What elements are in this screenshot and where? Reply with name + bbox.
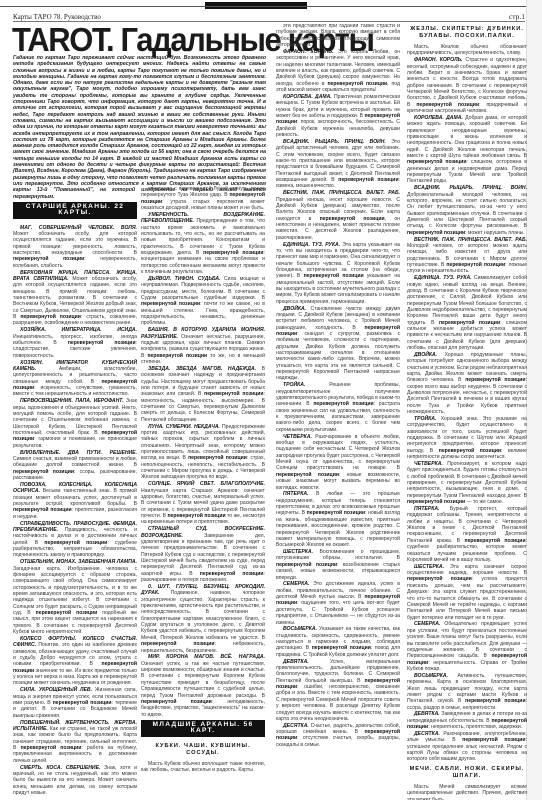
- reversed-position-label: перевернутой позиции: [188, 455, 247, 461]
- card-entry: Королева. Дама. Практичная романтическая…: [276, 94, 400, 138]
- reversed-position-label: перевернутой позиции: [327, 81, 387, 87]
- card-entry: Фараон. Король. Страстен и одухотворен, …: [407, 57, 527, 114]
- card-entry: Пятерка. В любви — это прошлые недоразум…: [276, 491, 400, 548]
- reversed-position-label: перевернутой позиции: [338, 177, 398, 183]
- column-3: эти представляют при гадании также страс…: [276, 23, 400, 749]
- intro-paragraph: Гадание по картам Таро переживает сейчас…: [13, 55, 266, 200]
- reversed-meaning: : может нарушить планы.: [465, 230, 525, 236]
- card-name: Восьмерка.: [414, 673, 448, 679]
- card-meaning: Символ счастья, взаимной привязанности и…: [13, 456, 137, 468]
- card-entry: Единица. Туз. Рука. Символизирует собой …: [407, 275, 527, 351]
- card-name: Всадник. Рыцарь. Принц. Воин.: [414, 185, 527, 191]
- card-entry: Хозяйка. Императрица. Исида. Инициативно…: [13, 327, 137, 359]
- card-entry: эти представляют при гадании также страс…: [276, 23, 400, 48]
- card-meaning: эти представляют при гадании также страс…: [276, 23, 400, 48]
- card-entry: Десятка. Счастье, радость, довольство со…: [276, 723, 400, 748]
- reversed-meaning: : новый взгляд на жизнь, обнадеживающие …: [276, 510, 400, 548]
- section-header-minor-arcana: МЛАДШИЕ АРКАНЫ. 56 КАРТ.: [141, 720, 265, 737]
- card-meaning: Символизирует собой новую идею, новый вз…: [407, 275, 527, 325]
- card-entry: Хозяин. Император. Кубический камень. Ам…: [13, 360, 137, 398]
- card-meaning: Страстен и одухотворен, веселый, остроум…: [407, 57, 527, 107]
- card-entry: Смерть. Коса. Свершение. Знак, хотя и мр…: [13, 765, 137, 797]
- reversed-position-label: перевернутой позиции: [320, 216, 385, 222]
- card-list-major-2: сочетание с перевернутой Луной утонуть, …: [141, 186, 265, 718]
- card-entry: Влюбленные. Два пути. Решение. Символ сч…: [13, 450, 137, 482]
- card-entry: Башня, в которую ударила молния. Разруше…: [141, 327, 265, 365]
- card-entry: Тройка. Решение проблемы, неудовлетворит…: [276, 382, 400, 433]
- reversed-position-label: перевернутой позиции: [407, 499, 465, 505]
- card-list-cups: эти представляют при гадании также страс…: [276, 23, 400, 748]
- card-entry: Вестник. Паж. Принцесса. Валет. Раб. Мол…: [407, 237, 527, 275]
- card-name: Десятка.: [283, 723, 309, 729]
- card-name: Единица. Туз. Рука.: [283, 242, 340, 248]
- page-number: стр.1: [509, 12, 525, 21]
- card-meaning: Добрая дама, от которой можно ждать помо…: [407, 115, 527, 159]
- reversed-position-label: перевернутой позиции: [204, 391, 263, 397]
- scan-edge-line: [0, 6, 542, 7]
- card-entry: Вестник. Паж. Принцесса. Валет. Раб. Пре…: [276, 190, 400, 241]
- reversed-position-label: перевернутой позиции: [276, 472, 339, 478]
- section-header-major-arcana: СТАРШИЕ АРКАНЫ. 22 КАРТЫ.: [13, 202, 137, 219]
- card-name: Шестерка.: [414, 564, 444, 570]
- reversed-position-label: перевернутой позиции: [312, 645, 371, 651]
- card-entry: Семерка. Обещательно предвещает успех пр…: [407, 621, 527, 672]
- reversed-meaning: : ошибки, несовершенство, смешение добра…: [276, 684, 400, 722]
- card-name: Пятерка.: [414, 506, 440, 512]
- card-name: Тройка.: [283, 382, 305, 388]
- card-name: Семерка.: [283, 581, 309, 587]
- reversed-position-label: перевернутой позиции: [203, 250, 263, 256]
- card-entry: Сила. Укрощенный лев. Жизненная сила, мо…: [13, 687, 137, 719]
- card-name: Маг. Совершенный человек. Воля.: [20, 225, 137, 231]
- reversed-position-label: перевернутой позиции: [36, 610, 98, 616]
- reversed-position-label: перевернутой позиции: [44, 540, 107, 546]
- reversed-position-label: перевернутой позиции: [141, 641, 215, 647]
- card-entry: Повешенный. Жертвенность. Жертва. Испыта…: [13, 720, 137, 764]
- reversed-position-label: перевернутой позиции: [141, 301, 200, 307]
- reversed-position-label: перевернутой позиции: [465, 538, 526, 544]
- card-name: Мир. Корона магов. Всё. Награда.: [148, 654, 265, 660]
- card-entry: Королева. Дама. Добрая дама, от которой …: [407, 115, 527, 185]
- card-entry: Маг. Совершенный человек. Воля. Может об…: [13, 225, 137, 269]
- card-entry: Единица. Туз. Рука. Эта карта указывает …: [276, 242, 400, 305]
- card-entry: Шестерка. Эта карта означает скорое осущ…: [407, 564, 527, 621]
- card-name: Хозяйка. Императрица. Исида.: [20, 327, 137, 333]
- reversed-position-label: перевернутой позиции: [416, 102, 479, 108]
- reversed-position-label: перевернутой позиции: [407, 159, 467, 165]
- suit-header-swords: МЕЧИ. САБЛИ. НОЖИ. СЕКИРЫ. ШПАГИ.: [407, 766, 527, 780]
- card-name: Вестник. Паж. Принцесса. Валет. Раб.: [283, 190, 400, 196]
- card-entry: Повозка. Колесница. Колесница Осириса. В…: [13, 482, 137, 520]
- card-name: Четверка.: [414, 461, 443, 467]
- reversed-position-label: перевернутой позиции: [21, 745, 82, 751]
- card-entry: 0. Шут. Глупец. Безумец. Крокодил. Дурак…: [141, 584, 265, 654]
- card-meaning: Доброжелательный молодой человек, на кот…: [407, 192, 527, 230]
- reversed-position-label: перевернутой позиции: [462, 737, 525, 743]
- card-name: Звезда. Звезда магов. Надежда.: [148, 366, 256, 372]
- card-list-major-1: Маг. Совершенный человек. Воля. Может об…: [13, 225, 137, 797]
- card-entry: сочетание с перевернутой Луной утонуть, …: [141, 186, 265, 211]
- card-name: Четверка.: [283, 434, 312, 440]
- scan-right-margin: [526, 0, 542, 800]
- reversed-position-label: перевернутой позиции: [304, 273, 364, 279]
- card-entry: Солнце. Яркий свет. Благополучие. Наилуч…: [141, 481, 265, 525]
- reversed-position-label: перевернутой позиции: [68, 340, 136, 346]
- card-name: Первосвященник. Папа. Иерофант.: [20, 398, 124, 404]
- reversed-position-label: перевернутой позиции: [313, 401, 373, 407]
- reversed-position-label: перевернутой позиции: [439, 320, 500, 326]
- swords-intro: Масть Мечей символизирует всякие целенап…: [407, 784, 527, 800]
- reversed-position-label: перевернутой позиции: [439, 448, 501, 454]
- card-meaning: Прогнозирует, в котором надо будет присо…: [407, 461, 527, 499]
- card-entry: Дьявол. Тифон. Судьба. Сила мощная и неу…: [141, 276, 265, 327]
- card-name: Семерка.: [414, 621, 440, 627]
- card-entry: Умеренность. Воздержание. Перевоплощение…: [141, 212, 265, 275]
- card-entry: Тройка. Хороший знак. Это указание на со…: [407, 416, 527, 460]
- reversed-position-label: перевернутой позиции: [200, 571, 264, 577]
- card-entry: Девятка. Замедление в делах и потери из-…: [407, 711, 527, 730]
- card-name: Сила. Укрощенный лев.: [20, 687, 92, 693]
- cups-intro: Масть Кубков обычно воплощает такие поня…: [141, 761, 265, 774]
- reversed-position-label: перевернутой позиции: [407, 230, 465, 236]
- card-name: Смерть. Коса. Свершение.: [20, 765, 100, 771]
- card-entry: Верховная жрица. Папесса. Жрица. Врата с…: [13, 270, 137, 327]
- card-entry: Семерка. Это достижение идеала, успех в …: [276, 581, 400, 625]
- card-name: Фараон. Король.: [414, 57, 463, 63]
- card-entry: Двойка. Хорошо продуманные планы, которы…: [407, 352, 527, 415]
- column-2: сочетание с перевернутой Луной утонуть, …: [141, 186, 265, 774]
- card-entry: Первосвященник. Папа. Иерофант. Знак вер…: [13, 398, 137, 449]
- card-meaning: Означает успех, а так же частые путешест…: [141, 661, 265, 699]
- card-entry: Фараон. Король. Это Король Любви, он экс…: [276, 49, 400, 93]
- card-entry: Четверка. Прогнозирует, в котором надо б…: [407, 461, 527, 505]
- card-name: Вестник. Паж. Принцесса. Валет. Раб.: [414, 237, 527, 243]
- card-name: Двойка.: [283, 306, 306, 312]
- card-name: Девятка.: [414, 711, 440, 717]
- reversed-meaning: — то же самое.: [465, 499, 503, 505]
- card-entry: Восьмерка. Указывает на такие качества, …: [276, 626, 400, 658]
- reversed-position-label: перевернутой позиции: [13, 256, 84, 262]
- reversed-position-label: перевернутой позиции: [465, 698, 525, 704]
- card-entry: Четверка. Разочарование в объекте любви,…: [276, 434, 400, 491]
- card-entry: Луна. Сумерки. Некдача. Предостережение …: [141, 424, 265, 481]
- card-name: Девятка.: [283, 659, 309, 665]
- reversed-position-label: перевернутой позиции: [13, 507, 72, 513]
- card-entry: Пятерка. Бурный протест, который поддерж…: [407, 506, 527, 563]
- card-name: Луна. Сумерки. Некдача.: [148, 424, 220, 430]
- card-entry: Восьмерка. Активность, путешествия, пере…: [407, 673, 527, 711]
- reversed-position-label: перевернутой позиции: [446, 262, 505, 268]
- card-entry: Всадник. Рыцарь. Принц. Воин. Доброжелат…: [407, 185, 527, 236]
- card-entry: Десятка. Разочарование, злоупотребление,…: [407, 731, 527, 763]
- card-name: Тройка.: [414, 416, 436, 422]
- card-entry: Девятка. Успех, материальная привлекател…: [276, 659, 400, 722]
- reversed-meaning: : успеха придется поискать дольше, чем в…: [407, 576, 527, 620]
- reversed-position-label: перевернутой позиции: [407, 576, 472, 582]
- card-name: Пятерка.: [283, 491, 309, 497]
- card-entry: Мир. Корона магов. Всё. Награда. Означае…: [141, 654, 265, 717]
- column-4: ЖЕЗЛЫ. СКИПЕТРЫ: ДУБИНКИ. БУЛАВЫ. ПОСОХИ…: [407, 23, 527, 800]
- reversed-position-label: перевернутой позиции: [13, 469, 74, 475]
- card-meaning: Разочарование в объекте любви, вообще в …: [276, 434, 400, 472]
- card-entry: Страшный суд. Воскресение. Возрождение. …: [141, 526, 265, 583]
- reversed-position-label: перевернутой позиции: [276, 562, 337, 568]
- card-entry: Всадник. Рыцарь. Принц. Воин. Это добрый…: [276, 139, 400, 190]
- reversed-meaning: : неприятность, препятствия, задержки.: [428, 724, 522, 730]
- card-list-wands: Фараон. Король. Страстен и одухотворен, …: [407, 57, 527, 763]
- card-entry: Отшельник. Монах. Завешенная лампа. Зага…: [13, 559, 137, 635]
- reversed-position-label: перевернутой позиции: [307, 510, 365, 516]
- card-name: Единица. Туз. Рука.: [414, 275, 472, 281]
- reversed-position-label: перевернутой позиции: [20, 314, 81, 320]
- card-meaning: Подвижное, наивное, чопорное эгоцентричн…: [141, 590, 265, 640]
- reversed-meaning: : скорее всего ваш выбор неудачен. В соч…: [407, 377, 527, 415]
- card-entry: Колесо Фортуны. Колесо счастья. Сфинкс. …: [13, 636, 137, 687]
- column-1: СТАРШИЕ АРКАНЫ. 22 КАРТЫ. Маг. Совершенн…: [13, 200, 137, 797]
- card-name: Отшельник. Монах. Завешенная лампа.: [20, 559, 137, 565]
- card-entry: Шестерка. Воспоминания о прошедшем, поту…: [276, 549, 400, 581]
- reversed-position-label: перевернутой позиции: [141, 699, 212, 705]
- card-name: Влюбленные. Два пути. Решение.: [20, 450, 137, 456]
- card-meaning: Загадочная карта. Изображение человека с…: [13, 566, 137, 616]
- card-name: Шестерка.: [283, 549, 313, 555]
- wands-intro: Масть Жезлов обычно обозначает предприим…: [407, 44, 527, 57]
- suit-header-wands: ЖЕЗЛЫ. СКИПЕТРЫ: ДУБИНКИ. БУЛАВЫ. ПОСОХИ…: [407, 26, 527, 40]
- card-name: Солнце. Яркий свет. Благополучие.: [148, 481, 265, 487]
- card-entry: Двойка. Становление чувств между двумя л…: [276, 306, 400, 382]
- reversed-position-label: перевернутой позиции: [147, 353, 207, 359]
- card-name: Дьявол. Тифон. Судьба.: [148, 276, 220, 282]
- reversed-position-label: перевернутой позиции: [465, 377, 525, 383]
- card-entry: Справедливость. Правосудие. Фемида. Прео…: [13, 521, 137, 559]
- card-meaning: Может обозначать особу, для которой осущ…: [13, 231, 137, 256]
- reversed-position-label: перевернутой позиции: [167, 513, 225, 519]
- reversed-meaning: : скандал с супругом, размолвка с любимы…: [276, 331, 400, 381]
- card-name: Двойка.: [414, 352, 437, 358]
- card-entry: Звезда. Звезда магов. Надежда. В основно…: [141, 366, 265, 423]
- suit-header-cups: КУБКИ. ЧАШИ. КУВШИНЫ. СОСУДЫ.: [141, 743, 265, 757]
- card-name: Восьмерка.: [283, 626, 317, 632]
